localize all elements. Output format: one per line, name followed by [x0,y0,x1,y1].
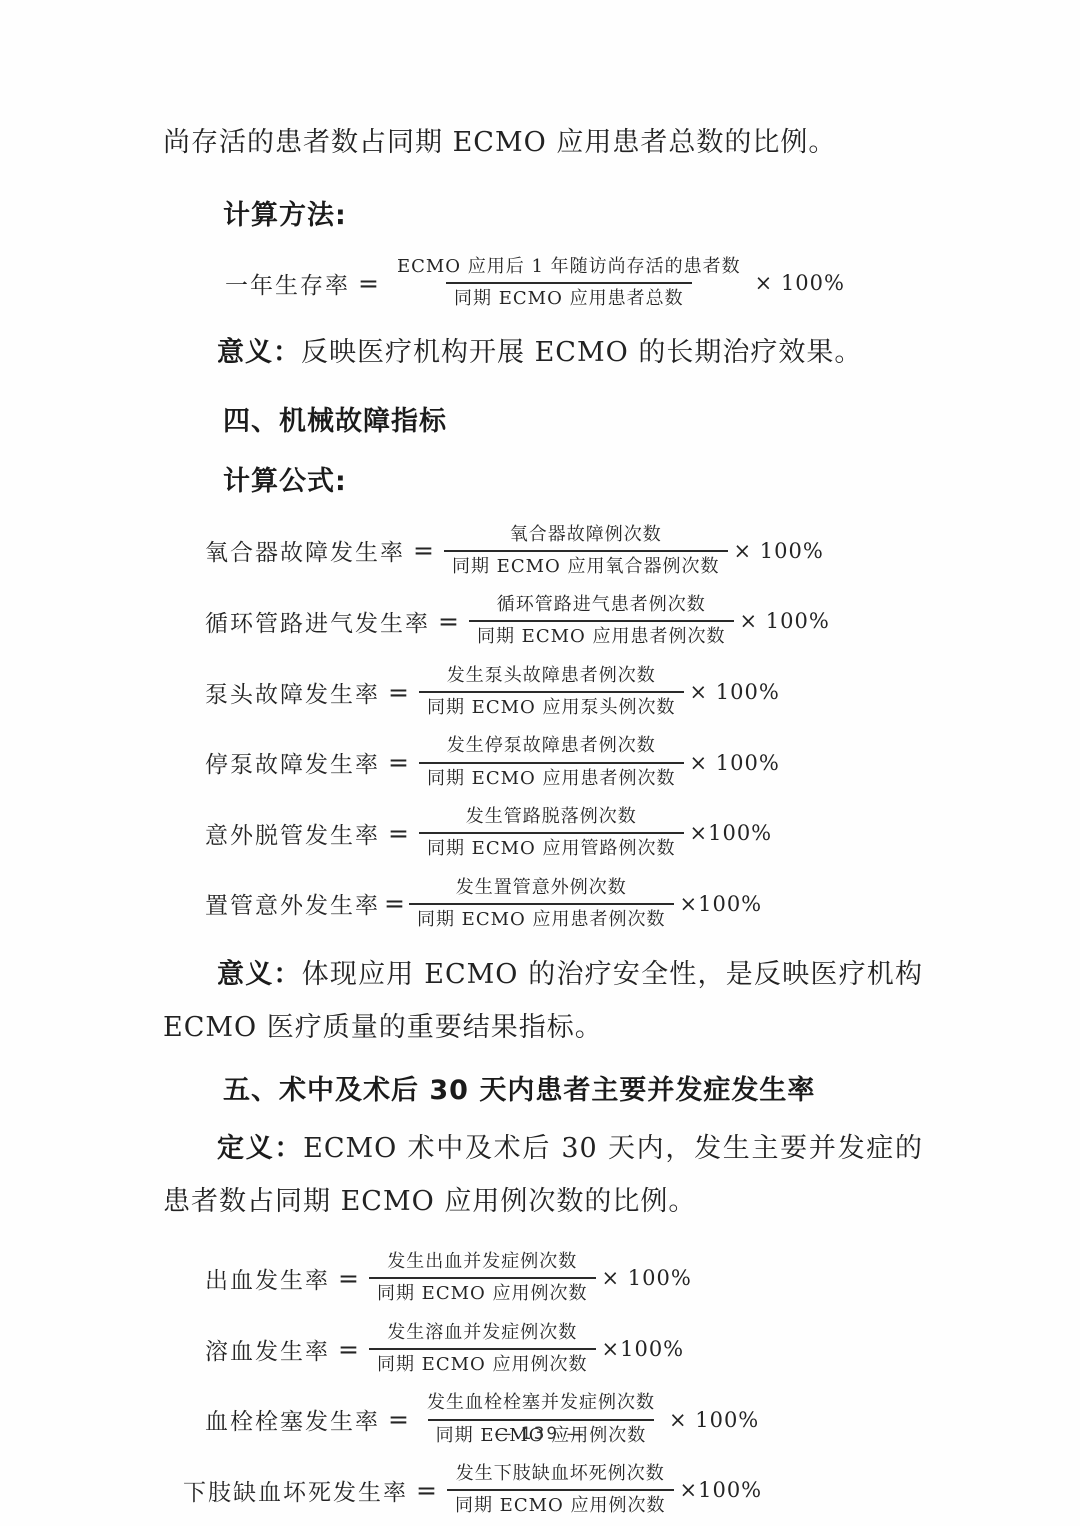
numerator: 发生泵头故障患者例次数 [439,664,664,691]
denominator: 同期 ECMO 应用氧合器例次数 [444,550,728,579]
multiplier: × 100% [602,1266,692,1290]
numerator: 发生溶血并发症例次数 [379,1321,585,1348]
multiplier: × 100% [740,609,830,633]
equals-sign: = [338,1335,359,1364]
numerator: 发生管路脱落例次数 [458,805,645,832]
section4-meaning-paragraph: 意义：体现应用 ECMO 的治疗安全性，是反映医疗机构 ECMO 医疗质量的重要… [163,948,923,1054]
equals-sign: = [438,607,459,636]
fraction: 发生管路脱落例次数 同期 ECMO 应用管路例次数 [419,805,684,862]
formula-pump-stop-failure: 停泵故障发生率 = 发生停泵故障患者例次数 同期 ECMO 应用患者例次数 × … [205,734,923,791]
meaning-text: 反映医疗机构开展 ECMO 的长期治疗效果。 [301,337,862,368]
denominator: 同期 ECMO 应用例次数 [369,1277,596,1306]
page-content: 尚存活的患者数占同期 ECMO 应用患者总数的比例。 计算方法: 一年生存率 =… [163,116,923,1519]
page-number: — 139 — [0,1424,1080,1444]
denominator: 同期 ECMO 应用患者总数 [446,282,692,311]
heading-section5: 五、术中及术后 30 天内患者主要并发症发生率 [223,1076,923,1106]
formula-label: 一年生存率 [225,267,350,300]
formula-label: 意外脱管发生率 [205,817,380,850]
formula-cannulation-accident: 置管意外发生率 = 发生置管意外例次数 同期 ECMO 应用患者例次数 ×100… [205,876,923,933]
numerator: 发生置管意外例次数 [448,876,635,903]
fraction: 发生溶血并发症例次数 同期 ECMO 应用例次数 [369,1321,596,1378]
denominator: 同期 ECMO 应用例次数 [447,1489,674,1518]
fraction: 发生下肢缺血坏死例次数 同期 ECMO 应用例次数 [447,1462,674,1519]
formula-label: 置管意外发生率 [205,887,380,920]
numerator: 发生下肢缺血坏死例次数 [448,1462,673,1489]
definition-label: 定义： [217,1133,303,1164]
equals-sign: = [384,889,405,918]
fraction: 循环管路进气患者例次数 同期 ECMO 应用患者例次数 [469,593,734,650]
formula-pump-head-failure: 泵头故障发生率 = 发生泵头故障患者例次数 同期 ECMO 应用泵头例次数 × … [205,664,923,721]
equals-sign: = [338,1264,359,1293]
numerator: 循环管路进气患者例次数 [489,593,714,620]
fraction: ECMO 应用后 1 年随访尚存活的患者数 同期 ECMO 应用患者总数 [389,255,749,312]
denominator: 同期 ECMO 应用泵头例次数 [419,691,684,720]
fraction: 发生泵头故障患者例次数 同期 ECMO 应用泵头例次数 [419,664,684,721]
fraction: 发生停泵故障患者例次数 同期 ECMO 应用患者例次数 [419,734,684,791]
equals-sign: = [358,269,379,298]
equals-sign: = [388,678,409,707]
multiplier: × 100% [690,680,780,704]
section5-definition-paragraph: 定义：ECMO 术中及术后 30 天内，发生主要并发症的患者数占同期 ECMO … [163,1122,923,1228]
denominator: 同期 ECMO 应用患者例次数 [419,762,684,791]
formula-oxygenator-failure: 氧合器故障发生率 = 氧合器故障例次数 同期 ECMO 应用氧合器例次数 × 1… [205,523,923,580]
numerator: 氧合器故障例次数 [502,523,670,550]
equals-sign: = [388,819,409,848]
numerator: 发生血栓栓塞并发症例次数 [419,1391,663,1418]
multiplier: × 100% [755,271,845,295]
fraction: 发生出血并发症例次数 同期 ECMO 应用例次数 [369,1250,596,1307]
formula-limb-ischemia-necrosis: 下肢缺血坏死发生率 = 发生下肢缺血坏死例次数 同期 ECMO 应用例次数 ×1… [183,1462,923,1519]
heading-calc-formula: 计算公式: [223,467,923,497]
multiplier: ×100% [602,1337,685,1361]
formula-label: 氧合器故障发生率 [205,534,405,567]
formula-one-year-survival: 一年生存率 = ECMO 应用后 1 年随访尚存活的患者数 同期 ECMO 应用… [225,255,923,312]
denominator: 同期 ECMO 应用患者例次数 [469,620,734,649]
numerator: ECMO 应用后 1 年随访尚存活的患者数 [389,255,749,282]
multiplier: × 100% [734,539,824,563]
numerator: 发生出血并发症例次数 [379,1250,585,1277]
heading-section4: 四、机械故障指标 [223,407,923,437]
multiplier: × 100% [690,751,780,775]
formula-label: 出血发生率 [205,1262,330,1295]
denominator: 同期 ECMO 应用例次数 [369,1348,596,1377]
meaning-label: 意义： [217,959,302,990]
heading-calc-method: 计算方法: [223,201,923,231]
denominator: 同期 ECMO 应用患者例次数 [409,903,674,932]
equals-sign: = [413,536,434,565]
equals-sign: = [416,1476,437,1505]
formula-label: 循环管路进气发生率 [205,605,430,638]
fraction: 氧合器故障例次数 同期 ECMO 应用氧合器例次数 [444,523,728,580]
formula-label: 溶血发生率 [205,1333,330,1366]
numerator: 发生停泵故障患者例次数 [439,734,664,761]
survival-meaning-paragraph: 意义：反映医疗机构开展 ECMO 的长期治疗效果。 [163,326,923,379]
intro-paragraph-tail: 尚存活的患者数占同期 ECMO 应用患者总数的比例。 [163,116,923,169]
formula-label: 泵头故障发生率 [205,676,380,709]
formula-label: 停泵故障发生率 [205,746,380,779]
equals-sign: = [388,748,409,777]
fraction: 发生置管意外例次数 同期 ECMO 应用患者例次数 [409,876,674,933]
formula-label: 下肢缺血坏死发生率 [183,1474,408,1507]
formula-hemolysis: 溶血发生率 = 发生溶血并发症例次数 同期 ECMO 应用例次数 ×100% [205,1321,923,1378]
formula-circuit-air: 循环管路进气发生率 = 循环管路进气患者例次数 同期 ECMO 应用患者例次数 … [205,593,923,650]
denominator: 同期 ECMO 应用管路例次数 [419,832,684,861]
formula-accidental-decannulation: 意外脱管发生率 = 发生管路脱落例次数 同期 ECMO 应用管路例次数 ×100… [205,805,923,862]
meaning-label: 意义： [217,337,301,368]
multiplier: ×100% [680,1478,763,1502]
formula-bleeding: 出血发生率 = 发生出血并发症例次数 同期 ECMO 应用例次数 × 100% [205,1250,923,1307]
document-page: 尚存活的患者数占同期 ECMO 应用患者总数的比例。 计算方法: 一年生存率 =… [0,0,1080,1526]
multiplier: ×100% [680,892,763,916]
multiplier: ×100% [690,821,773,845]
